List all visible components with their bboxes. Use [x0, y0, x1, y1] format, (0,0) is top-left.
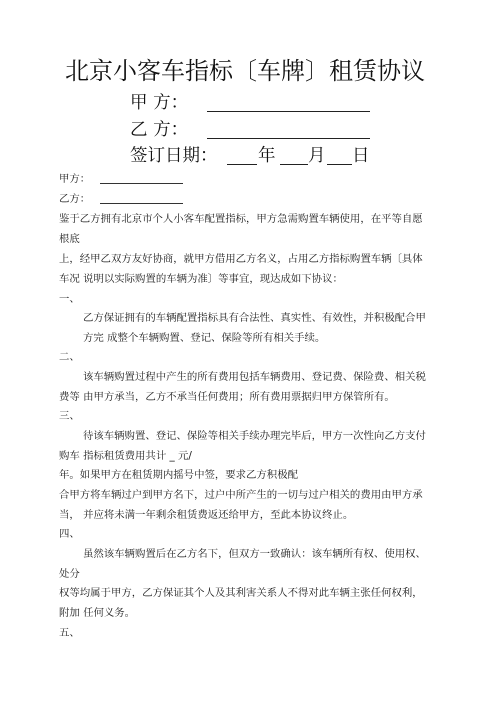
body-line: 购车 指标租赁费用共计 _ 元/: [59, 449, 192, 463]
date-day-label: 日: [352, 145, 370, 167]
body-line: 费等 由甲方承当，乙方不承当任何费用；所有费用票据归甲方保管所有。: [59, 390, 395, 404]
body-line: 乙方保证拥有的车辆配置指标具有合法性、真实性、有效性，并积极配合甲: [83, 311, 426, 325]
date-year-label: 年: [258, 145, 276, 167]
party-a-label: 甲方：: [59, 172, 90, 186]
section-heading-4: 四、: [59, 527, 80, 541]
document-title: 北京小客车指标〔车牌〕租赁协议: [0, 55, 490, 87]
body-line: 根底: [59, 232, 80, 246]
body-line: 该车辆购置过程中产生的所有费用包括车辆费用、登记费、保险费、相关税: [83, 370, 426, 384]
date-month-label: 月: [308, 145, 326, 167]
body-line: 虽然该车辆购置后在乙方名下，但双方一致确认：该车辆所有权、使用权、: [83, 547, 426, 561]
document-page: 北京小客车指标〔车牌〕租赁协议 甲 方： 乙 方： 签订日期： 年 月 日 甲方…: [0, 0, 500, 708]
section-heading-5: 五、: [59, 626, 80, 640]
body-line: 权等均属于甲方，乙方保证其个人及其利害关系人不得对此车辆主张任何权利，: [59, 586, 423, 600]
body-line: 附加 任何义务。: [59, 606, 135, 620]
body-line: 年。如果甲方在租赁期内摇号中签，要求乙方积极配: [59, 468, 298, 482]
section-heading-3: 三、: [59, 409, 80, 423]
body-line: 处分: [59, 567, 80, 581]
body-line: 待该车辆购置、登记、保险等相关手续办理完毕后，甲方一次性向乙方支付: [83, 429, 426, 443]
header-party-b-label: 乙 方：: [130, 119, 188, 141]
body-line: 方完 成整个车辆购置、登记、保险等所有相关手续。: [83, 331, 325, 345]
body-line: 合甲方将车辆过户到甲方名下，过户中所产生的一切与过户相关的费用由甲方承: [59, 488, 423, 502]
body-line: 上，经甲乙双方友好协商，就甲方借用乙方名义，占用乙方指标购置车辆〔具体: [59, 252, 423, 266]
header-party-a-blank[interactable]: [207, 111, 370, 112]
header-party-b-blank[interactable]: [207, 138, 370, 139]
section-heading-1: 一、: [59, 292, 80, 306]
section-heading-2: 二、: [59, 350, 80, 364]
party-b-blank[interactable]: [100, 203, 183, 204]
body-line: 当， 并应将未满一年剩余租赁费返还给甲方，至此本协议终止。: [59, 508, 353, 522]
header-party-a-row: 甲 方：: [130, 92, 390, 114]
header-sign-date-label: 签订日期：: [130, 145, 218, 167]
date-day-blank[interactable]: [327, 164, 352, 165]
header-sign-date-row: 签订日期： 年 月 日: [130, 145, 390, 167]
header-party-a-label: 甲 方：: [130, 92, 188, 114]
date-month-blank[interactable]: [280, 164, 308, 165]
body-line: 鉴于乙方拥有北京市个人小客车配置指标，甲方急需购置车辆使用，在平等自愿: [59, 212, 423, 226]
date-year-blank[interactable]: [227, 164, 257, 165]
party-a-blank[interactable]: [100, 183, 183, 184]
header-party-b-row: 乙 方：: [130, 119, 390, 141]
body-line: 车况 说明以实际购置的车辆为准〕等事宜，现达成如下协议：: [59, 272, 343, 286]
party-b-label: 乙方：: [59, 192, 90, 206]
